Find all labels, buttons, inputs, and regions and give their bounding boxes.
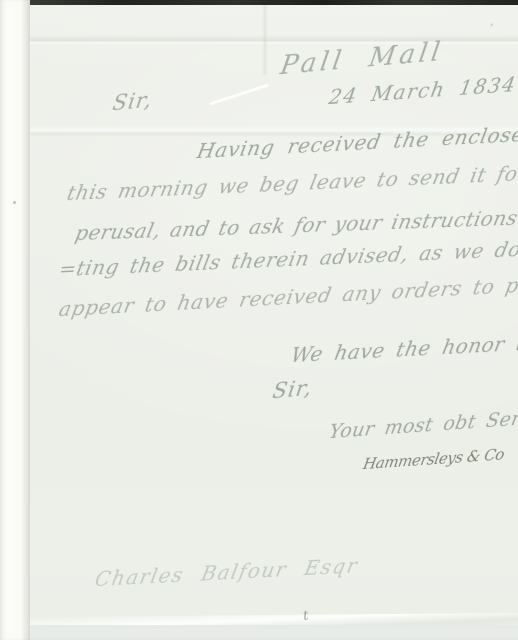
recipient-text: Charles Balfour Esqr [93, 553, 360, 591]
letter-photo: ’ Pall Mall 24 March 1834 Sir, Having re… [0, 0, 518, 640]
body-line-1: Having received the enclosed letter [197, 117, 518, 163]
body-line-3-text: perusal, and to ask for your instruction… [73, 202, 518, 245]
paper-glint [209, 83, 269, 105]
closing-line-2-text: Sir, [271, 375, 314, 403]
salutation-line: Sir, [112, 88, 153, 115]
letter-place-line: Pall Mall [279, 37, 444, 81]
signature-text: Hammersleys & Co [362, 445, 506, 473]
body-line-3: perusal, and to ask for your instruction… [75, 202, 518, 245]
under-sheet-edge [0, 0, 30, 640]
closing-line-3: Your most obt Servants [328, 404, 518, 443]
sheet-below-fold [30, 625, 518, 640]
closing-line-2: Sir, [272, 376, 313, 403]
fold-crease-vertical [262, 5, 268, 75]
closing-line-1-text: We have the honor to be [289, 328, 518, 367]
body-line-2: this morning we beg leave to send it for… [67, 158, 518, 205]
ink-speck-left-margin [13, 201, 16, 204]
letter-date-line: 24 March 1834 [328, 72, 517, 109]
salutation-text: Sir, [111, 87, 154, 115]
ink-speck-top-right: ’ [488, 21, 494, 35]
signature-line: Hammersleys & Co [363, 445, 505, 473]
body-line-2-text: this morning we beg leave to send it for… [65, 158, 518, 205]
recipient-line: Charles Balfour Esqr [95, 553, 359, 591]
ink-mark-bottom: t [302, 609, 309, 624]
closing-line-3-text: Your most obt Servants [327, 404, 518, 443]
place-text: Pall Mall [278, 37, 446, 82]
body-line-1-text: Having received the enclosed letter [195, 117, 518, 163]
closing-line-1: We have the honor to be [291, 328, 518, 367]
letter-sheet: ’ Pall Mall 24 March 1834 Sir, Having re… [30, 5, 518, 640]
date-text: 24 March 1834 [327, 72, 518, 109]
